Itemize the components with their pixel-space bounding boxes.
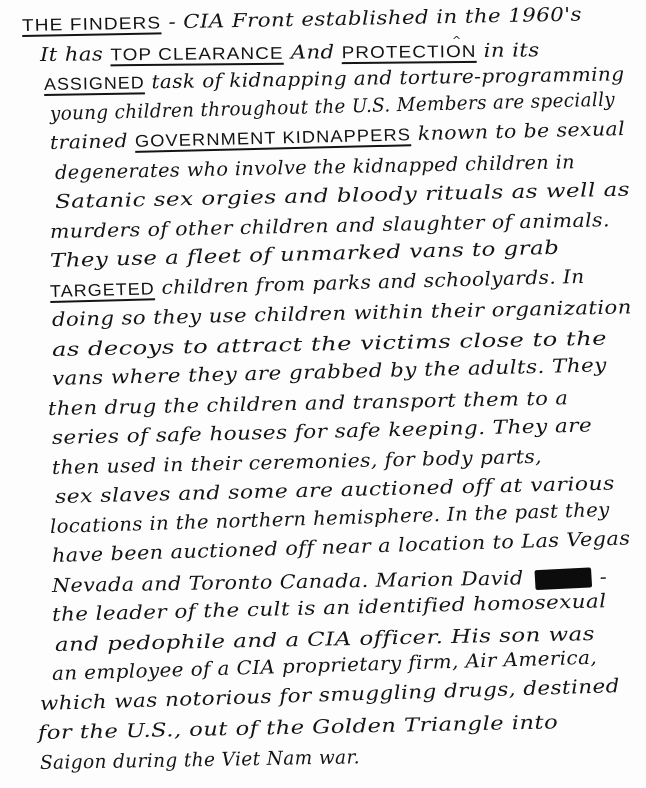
line-text: Nevada and Toronto Canada. Marion David <box>52 567 524 597</box>
line-text: - <box>600 566 608 588</box>
line-text: trained <box>50 130 136 154</box>
line-text: - CIA Front established in the 1960's <box>161 4 582 34</box>
line-text: It has <box>40 43 111 66</box>
line-text: in its <box>476 39 539 62</box>
underlined-emphasis: THE FINDERS <box>22 13 162 35</box>
line-text: vans where they are grabbed by the adult… <box>52 354 608 390</box>
underlined-emphasis: ASSIGNED <box>44 73 145 94</box>
line-text: Satanic sex orgies and bloody rituals as… <box>55 179 631 213</box>
redaction-block <box>534 567 592 590</box>
line-text: They use a fleet of unmarked vans to gra… <box>50 237 560 272</box>
handwritten-line: doing so they use children within their … <box>52 296 632 331</box>
line-text: task of kidnapping and torture-programmi… <box>145 63 625 93</box>
insertion-caret-mark: ^ <box>452 34 461 47</box>
handwritten-line: It has TOP CLEARANCE And PROTECTION in i… <box>40 39 540 66</box>
handwritten-document-page: THE FINDERS - CIA Front established in t… <box>0 0 646 788</box>
line-text: then used in their ceremonies, for body … <box>52 446 543 479</box>
handwritten-line: for the U.S., out of the Golden Triangle… <box>38 711 559 744</box>
line-text: then drug the children and transport the… <box>48 387 569 420</box>
line-text: doing so they use children within their … <box>52 296 632 331</box>
handwritten-line: THE FINDERS - CIA Front established in t… <box>22 4 582 36</box>
line-text: children from parks and schoolyards. In <box>154 266 584 299</box>
underlined-emphasis: TARGETED <box>50 279 155 301</box>
handwritten-line: They use a fleet of unmarked vans to gra… <box>50 237 560 272</box>
handwritten-line: degenerates who involve the kidnapped ch… <box>55 151 575 184</box>
underlined-emphasis: GOVERNMENT KIDNAPPERS <box>135 125 412 151</box>
line-text: known to be sexual <box>411 118 626 145</box>
handwritten-line: Satanic sex orgies and bloody rituals as… <box>55 179 631 213</box>
handwritten-line: trained GOVERNMENT KIDNAPPERS known to b… <box>50 118 626 154</box>
handwritten-line: vans where they are grabbed by the adult… <box>52 354 608 390</box>
handwritten-line: TARGETED children from parks and schooly… <box>50 266 585 302</box>
line-text: Saigon during the Viet Nam war. <box>40 746 360 774</box>
handwritten-line: then drug the children and transport the… <box>48 387 569 420</box>
line-text: degenerates who involve the kidnapped ch… <box>55 151 575 184</box>
handwritten-line: then used in their ceremonies, for body … <box>52 446 543 479</box>
handwritten-line: Saigon during the Viet Nam war. <box>40 746 360 774</box>
line-text: series of safe houses for safe keeping. … <box>52 415 593 449</box>
handwritten-line: series of safe houses for safe keeping. … <box>52 415 593 449</box>
underlined-emphasis: TOP CLEARANCE <box>110 44 284 65</box>
line-text: for the U.S., out of the Golden Triangle… <box>38 711 559 744</box>
line-text: And <box>284 41 342 64</box>
